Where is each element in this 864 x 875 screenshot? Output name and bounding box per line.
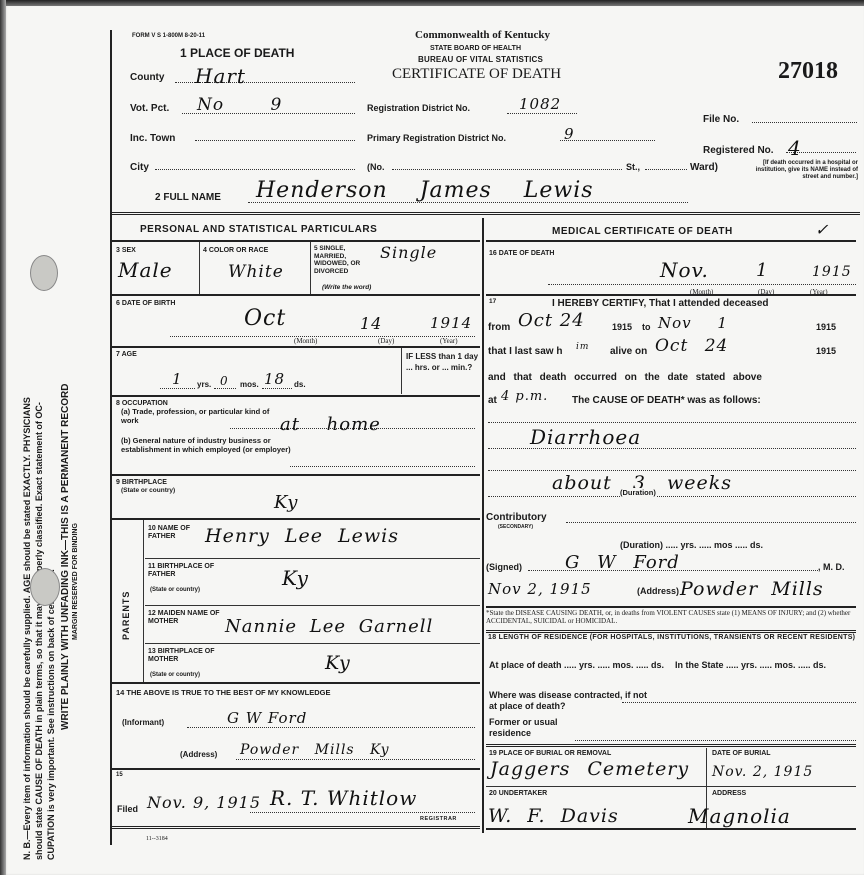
race-label: 4 COLOR OR RACE	[203, 247, 268, 254]
scan-edge-left	[0, 0, 6, 875]
occupation-a-value: at home	[280, 414, 381, 435]
st-label: St.,	[626, 162, 640, 172]
divider	[112, 346, 480, 348]
dob-label: 6 DATE OF BIRTH	[116, 300, 175, 307]
county-value: Hart	[195, 64, 246, 88]
contributory-field[interactable]	[566, 520, 856, 523]
inc-town-label: Inc. Town	[130, 133, 175, 144]
county-field[interactable]: Hart	[175, 64, 355, 83]
duration-label: (Duration)	[620, 488, 656, 497]
primary-district-label: Primary Registration District No.	[367, 133, 506, 143]
physician-address-label: (Address)	[637, 586, 679, 596]
undertaker-address-label: ADDRESS	[712, 790, 746, 797]
divider	[486, 240, 856, 242]
informant-address-label: (Address)	[180, 750, 217, 759]
burial-date-label: DATE OF BURIAL	[712, 750, 771, 757]
occupation-a-field[interactable]: at home	[230, 414, 475, 429]
death-day: 1	[756, 260, 768, 281]
paper-stain	[30, 568, 60, 606]
check-mark: ✓	[815, 220, 829, 239]
signed-label: (Signed)	[486, 562, 522, 572]
filed-date[interactable]: Nov. 9, 1915	[147, 793, 261, 812]
disease-contracted-field[interactable]	[622, 700, 856, 703]
death-certificate: N. B.—Every item of information should b…	[0, 0, 864, 875]
yrs-label: yrs.	[197, 380, 211, 389]
race-value[interactable]: White	[228, 262, 284, 282]
city-field[interactable]	[155, 157, 355, 170]
death-month: Nov.	[660, 258, 709, 282]
paper-stain	[30, 255, 58, 291]
burial-place-value[interactable]: Jaggers Cemetery	[490, 758, 689, 780]
occupation-b-label: (b) General nature of industry business …	[121, 436, 291, 454]
residence-heading: 18 LENGTH OF RESIDENCE (FOR HOSPITALS, I…	[488, 634, 856, 642]
physician-address-value[interactable]: Powder Mills	[680, 578, 824, 600]
mother-birthplace-hint: (State or country)	[150, 672, 200, 678]
registered-no-value: 4	[788, 136, 802, 160]
registrar-field[interactable]: R. T. Whitlow	[250, 800, 475, 813]
age-label: 7 AGE	[116, 351, 137, 358]
occupation-label: 8 OCCUPATION	[116, 400, 168, 407]
age-days-field[interactable]: 18	[262, 380, 292, 389]
registrar-label: REGISTRAR	[420, 816, 457, 822]
place-of-death-heading: 1 PLACE OF DEATH	[180, 46, 294, 60]
divider	[145, 605, 480, 606]
registration-district-field[interactable]: 1082	[507, 95, 577, 114]
full-name-field[interactable]: Henderson James Lewis	[248, 178, 688, 203]
birthplace-value[interactable]: Ky	[274, 492, 298, 513]
divider	[112, 212, 860, 215]
cell-divider	[401, 348, 402, 394]
divider	[486, 606, 856, 608]
vot-pct-field[interactable]: No 9	[182, 95, 355, 114]
divider	[486, 294, 856, 296]
dob-month: Oct	[244, 306, 286, 331]
marital-status-label: 5 SINGLE, MARRIED, WIDOWED, OR DIVORCED	[314, 245, 379, 275]
parents-side-label: PARENTS	[121, 591, 131, 640]
marital-status-hint: (Write the word)	[322, 284, 371, 291]
sex-value[interactable]: Male	[118, 258, 173, 282]
former-residence-field[interactable]	[575, 738, 856, 741]
father-name-label: 10 NAME OF FATHER	[148, 525, 203, 541]
file-no-label: File No.	[703, 114, 739, 125]
medical-section-heading: MEDICAL CERTIFICATE OF DEATH	[552, 226, 733, 237]
vot-pct-value: No 9	[197, 95, 282, 115]
month-caption: (Month)	[294, 337, 317, 345]
ward-field[interactable]	[645, 157, 687, 170]
last-saw-date[interactable]: Oct 24	[655, 336, 728, 356]
informant-label: (Informant)	[122, 718, 164, 727]
ward-label: Ward)	[690, 162, 718, 173]
cause-of-death-label: The CAUSE OF DEATH* was as follows:	[572, 395, 761, 406]
registration-district-value: 1082	[519, 95, 561, 113]
certify-statement: I HEREBY CERTIFY, That I attended deceas…	[552, 298, 769, 309]
mother-birthplace-value[interactable]: Ky	[325, 652, 351, 674]
death-occurred-statement: and that death occurred on the date stat…	[488, 372, 762, 383]
cell-divider	[310, 242, 311, 294]
father-birthplace-hint: (State or country)	[150, 587, 200, 593]
write-plainly-notice: WRITE PLAINLY WITH UNFADING INK—THIS IS …	[60, 384, 71, 731]
personal-section-heading: PERSONAL AND STATISTICAL PARTICULARS	[140, 224, 377, 235]
board-name: STATE BOARD OF HEALTH	[430, 45, 521, 52]
day-caption: (Day)	[378, 337, 394, 345]
md-label: , M. D.	[818, 562, 845, 572]
county-label: County	[130, 72, 164, 83]
informant-address-value: Powder Mills Ky	[240, 742, 390, 758]
divider	[112, 682, 480, 684]
cause-line	[488, 420, 856, 423]
divider	[112, 474, 480, 476]
item-17-number: 17	[489, 298, 496, 305]
divider	[112, 768, 480, 770]
attended-from-year: 1915	[612, 322, 632, 332]
dob-year: 1914	[430, 314, 472, 332]
father-birthplace-label: 11 BIRTHPLACE OF FATHER	[148, 563, 228, 579]
occupation-b-field[interactable]	[290, 458, 475, 467]
primary-district-field[interactable]: 9	[560, 125, 655, 141]
mother-name-label: 12 MAIDEN NAME OF MOTHER	[148, 610, 228, 626]
death-year: 1915	[812, 264, 852, 280]
full-name-value: Henderson James Lewis	[256, 178, 594, 203]
contributory-duration: (Duration) ..... yrs. ..... mos ..... ds…	[620, 540, 763, 550]
age-months-field[interactable]: 0	[214, 380, 236, 389]
divider	[112, 294, 480, 296]
cause-line	[488, 468, 856, 471]
margin-note-line3: CUPATION is very important. See instruct…	[46, 569, 56, 860]
margin-note-line2: should state CAUSE OF DEATH in plain ter…	[34, 402, 44, 860]
alive-on-label: alive on	[610, 346, 647, 357]
vot-pct-label: Vot. Pct.	[130, 103, 169, 114]
at-place-residence: At place of death ..... yrs. ..... mos. …	[489, 660, 669, 671]
scan-edge-top	[0, 0, 864, 6]
city-label: City	[130, 162, 149, 173]
to-label: to	[642, 322, 651, 332]
duration-line[interactable]	[488, 494, 856, 497]
cell-divider	[199, 242, 200, 294]
burial-place-label: 19 PLACE OF BURIAL OR REMOVAL	[489, 750, 611, 757]
binding-margin-notice: MARGIN RESERVED FOR BINDING	[72, 523, 79, 640]
informant-value: G W Ford	[227, 709, 307, 727]
secondary-label: (SECONDARY)	[498, 524, 533, 530]
certificate-title: CERTIFICATE OF DEATH	[392, 66, 561, 83]
undertaker-address-value[interactable]: Magnolia	[688, 804, 791, 828]
primary-district-value: 9	[564, 125, 575, 143]
full-name-label: 2 FULL NAME	[155, 192, 221, 203]
signed-date[interactable]: Nov 2, 1915	[488, 580, 592, 598]
divider	[486, 630, 856, 633]
from-label: from	[488, 322, 510, 333]
divider	[112, 240, 480, 242]
divider	[145, 558, 480, 559]
column-divider	[482, 218, 484, 833]
filing-number: 15	[116, 772, 123, 778]
last-saw-year: 1915	[816, 346, 836, 356]
stamp-number: 27018	[778, 58, 838, 85]
less-than-day-label: IF LESS than 1 day ... hrs. or ... min.?	[406, 351, 478, 373]
registrar-signature: R. T. Whitlow	[270, 786, 417, 810]
birthplace-label: 9 BIRTHPLACE	[116, 479, 167, 486]
sex-label: 3 SEX	[116, 247, 136, 254]
marital-status-value[interactable]: Single	[380, 243, 437, 262]
file-no-field[interactable]	[752, 110, 857, 123]
bureau-name: BUREAU OF VITAL STATISTICS	[418, 55, 543, 64]
former-residence-label: Former or usual residence	[489, 717, 569, 739]
birthplace-hint: (State or country)	[121, 487, 175, 494]
attended-to-date[interactable]: Nov 1	[658, 314, 728, 332]
physician-signature: G W Ford	[565, 552, 680, 573]
year-caption: (Year)	[440, 337, 458, 345]
dob-day: 14	[360, 314, 382, 333]
last-saw-pronoun: im	[576, 342, 589, 352]
parents-side-divider	[143, 520, 144, 682]
street-no-label: (No.	[367, 162, 385, 172]
registered-no-label: Registered No.	[703, 145, 774, 156]
form-left-border	[110, 30, 112, 845]
inc-town-field[interactable]	[195, 128, 355, 141]
mother-name-value[interactable]: Nannie Lee Garnell	[225, 616, 433, 637]
age-years-value: 1	[172, 370, 183, 388]
informant-heading: 14 THE ABOVE IS TRUE TO THE BEST OF MY K…	[116, 688, 330, 697]
commonwealth-title: Commonwealth of Kentucky	[415, 29, 550, 41]
print-code: 11--3184	[146, 836, 168, 842]
registered-no-field[interactable]: 4	[786, 136, 856, 153]
divider	[112, 826, 480, 829]
in-state-residence: In the State ..... yrs. ..... mos. .....…	[675, 660, 855, 671]
divider	[112, 395, 480, 397]
at-label: at	[488, 395, 497, 406]
age-months-value: 0	[220, 374, 229, 388]
death-time[interactable]: 4 p.m.	[501, 389, 548, 404]
cause-footnote: *State the DISEASE CAUSING DEATH, or, in…	[486, 609, 856, 625]
divider	[486, 744, 856, 747]
father-name-value[interactable]: Henry Lee Lewis	[205, 525, 399, 547]
divider	[145, 643, 480, 644]
mother-birthplace-label: 13 BIRTHPLACE OF MOTHER	[148, 648, 228, 664]
burial-date-value[interactable]: Nov. 2, 1915	[712, 764, 813, 780]
undertaker-label: 20 UNDERTAKER	[489, 790, 547, 797]
ds-label: ds.	[294, 380, 306, 389]
divider	[112, 518, 480, 520]
filed-label: Filed	[117, 804, 138, 814]
date-of-death-label: 16 DATE OF DEATH	[489, 250, 554, 257]
informant-field[interactable]: G W Ford	[187, 715, 475, 728]
father-birthplace-value[interactable]: Ky	[282, 566, 309, 590]
cause-of-death-value: Diarrhoea	[530, 425, 641, 449]
street-field[interactable]	[392, 157, 622, 170]
undertaker-value[interactable]: W. F. Davis	[488, 805, 619, 827]
form-number: FORM V S 1-800M 8-20-11	[132, 33, 205, 39]
mos-label: mos.	[240, 380, 259, 389]
divider	[486, 828, 856, 830]
age-days-value: 18	[264, 370, 285, 388]
hospital-note: [If death occurred in a hospital or inst…	[740, 160, 858, 181]
attended-to-year: 1915	[816, 322, 836, 332]
age-years-field[interactable]: 1	[160, 380, 195, 389]
last-saw-label: that I last saw h	[488, 346, 562, 357]
registration-district-label: Registration District No.	[367, 103, 470, 113]
informant-address-field[interactable]: Powder Mills Ky	[236, 747, 475, 760]
contributory-label: Contributory	[486, 512, 547, 523]
margin-note-line1: N. B.—Every item of information should b…	[22, 397, 32, 860]
attended-from-date[interactable]: Oct 24	[518, 310, 585, 331]
divider	[486, 786, 856, 787]
